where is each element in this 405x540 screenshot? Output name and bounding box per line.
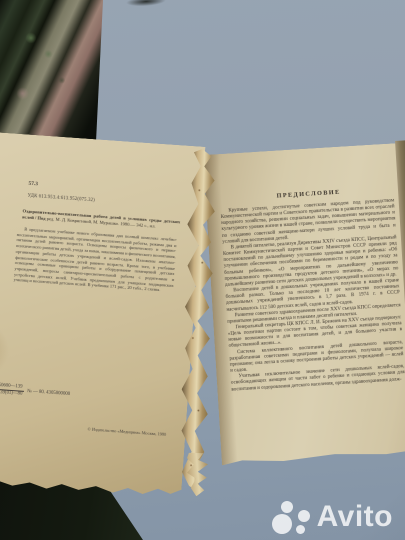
avito-logo-dot: [272, 514, 292, 534]
left-page: 57.3 УДК 613.953.4:613.952(075.32) Оздор…: [0, 132, 205, 498]
copyright-line: © Издательство «Медицина» Москва, 1980: [87, 426, 166, 436]
udk-code: УДК 613.953.4:613.952(075.32): [27, 194, 95, 204]
avito-logo-dot: [296, 525, 305, 534]
background-curtain: [0, 0, 103, 146]
publisher-code: С 50600—139 039(01)—80 № — 80. 430500000…: [0, 383, 70, 402]
code-suffix: № — 80. 4305000000: [27, 389, 70, 397]
library-stamp: 57.3: [28, 181, 38, 188]
code-fraction: 50600—139 039(01)—80: [0, 383, 25, 398]
avito-logo-dot: [298, 510, 310, 522]
avito-logo-icon: [272, 501, 310, 534]
annotation-text: В предлагаемом учебнике нового образован…: [14, 226, 178, 294]
code-denominator: 039(01)—80: [0, 390, 23, 398]
photo-open-book: 57.3 УДК 613.953.4:613.952(075.32) Оздор…: [0, 0, 405, 540]
avito-watermark: Avito: [272, 500, 393, 534]
right-page: ПРЕДИСЛОВИЕ Крупные успехи, достигнутые …: [203, 142, 405, 465]
left-page-content: 57.3 УДК 613.953.4:613.952(075.32) Оздор…: [0, 132, 205, 498]
preface-text: Крупные успехи, достигнутые советским на…: [220, 198, 405, 393]
avito-logo-dot: [281, 501, 293, 513]
right-page-content: ПРЕДИСЛОВИЕ Крупные успехи, достигнутые …: [203, 142, 405, 465]
avito-watermark-label: Avito: [317, 500, 393, 534]
